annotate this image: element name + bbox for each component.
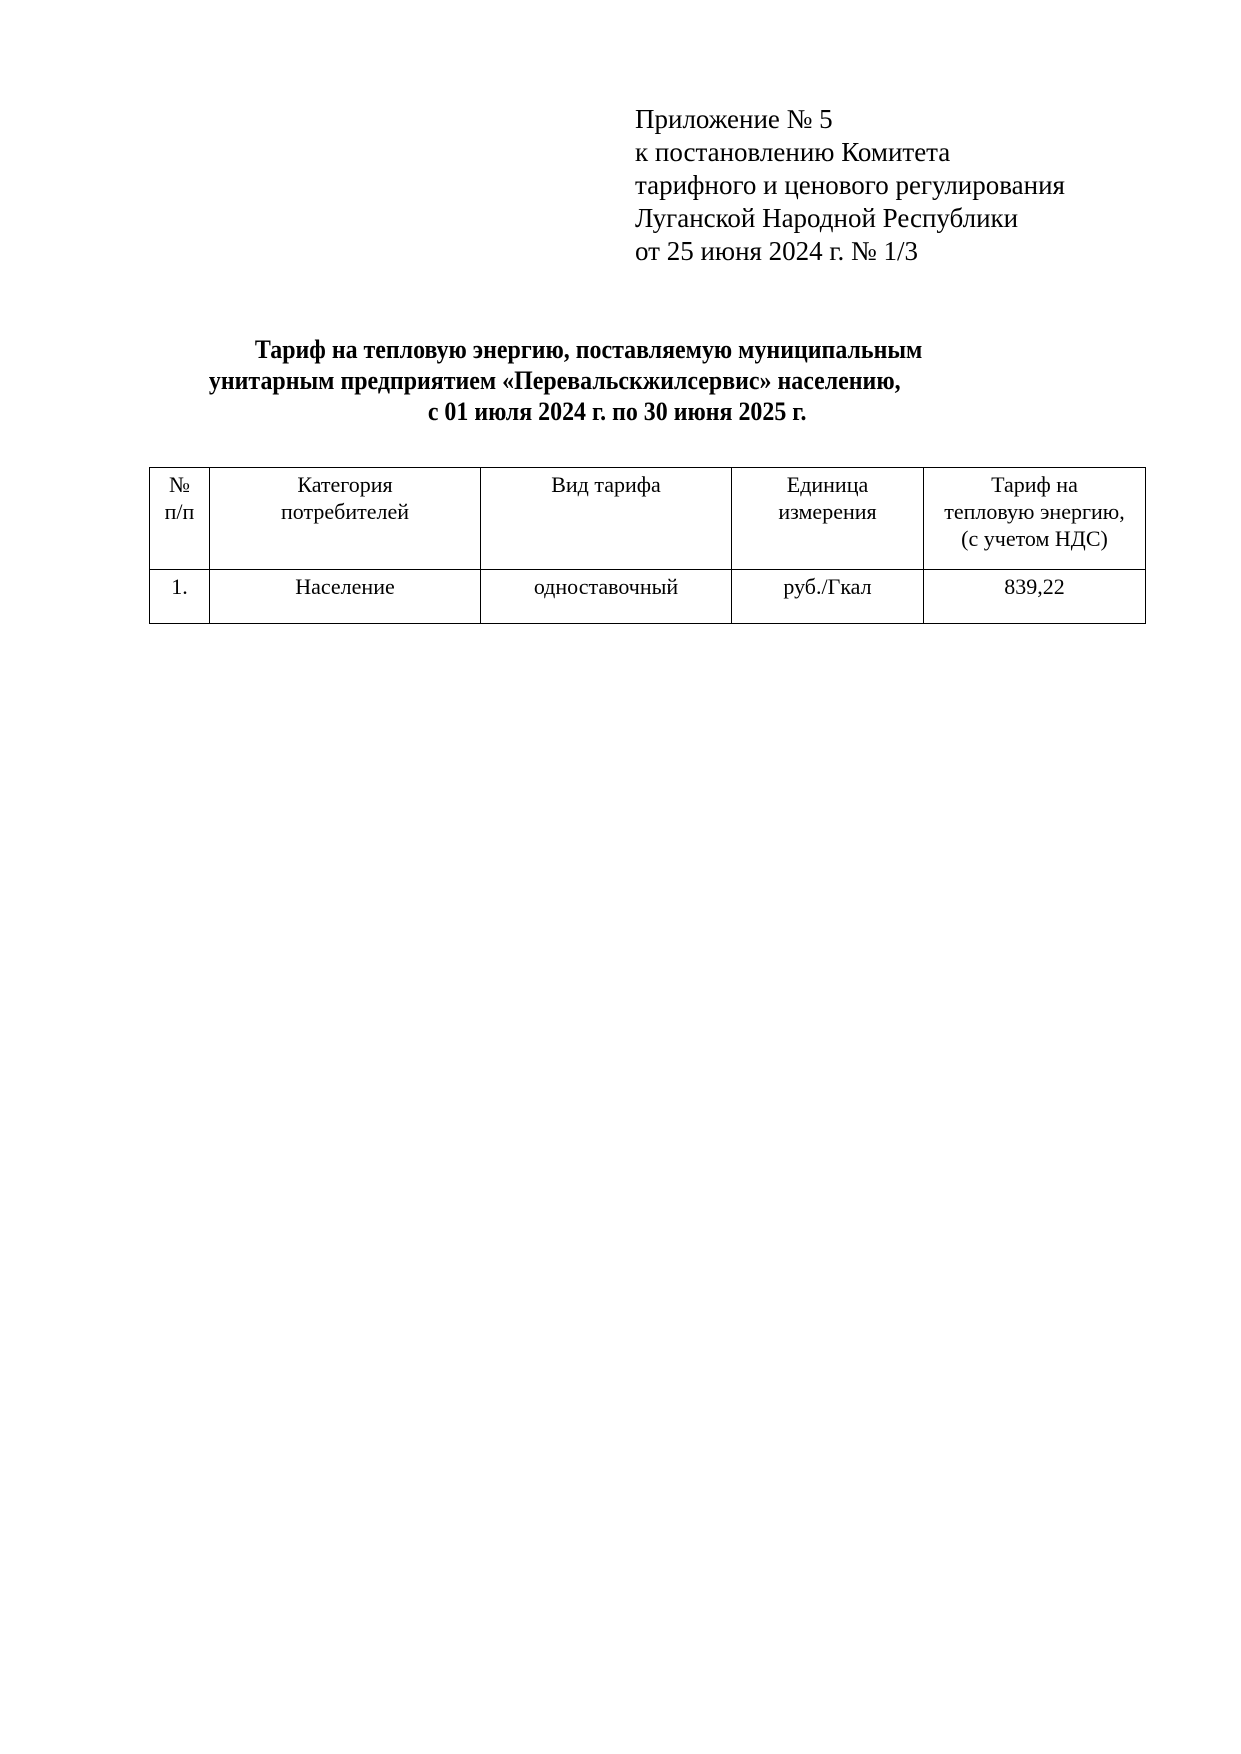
header-tariff-value: Тариф на тепловую энергию, (с учетом НДС…	[924, 468, 1146, 570]
header-number: № п/п	[150, 468, 210, 570]
header-unit: Единица измерения	[732, 468, 924, 570]
cell-tariff-type: одноставочный	[481, 570, 732, 624]
cell-unit: руб./Гкал	[732, 570, 924, 624]
appendix-line: Луганской Народной Республики	[635, 202, 1065, 235]
appendix-header: Приложение № 5 к постановлению Комитета …	[635, 103, 1065, 268]
appendix-line: Приложение № 5	[635, 103, 1065, 136]
title-line: Тариф на тепловую энергию, поставляемую …	[150, 334, 1061, 365]
table-row: 1. Население одноставочный руб./Гкал 839…	[150, 570, 1146, 624]
cell-category: Население	[210, 570, 481, 624]
document-title: Тариф на тепловую энергию, поставляемую …	[150, 334, 1061, 427]
appendix-line: к постановлению Комитета	[635, 136, 1065, 169]
header-tariff-type: Вид тарифа	[481, 468, 732, 570]
title-line: унитарным предприятием «Перевальскжилсер…	[150, 365, 1061, 396]
appendix-line: тарифного и ценового регулирования	[635, 169, 1065, 202]
tariff-table: № п/п Категория потребителей Вид тарифа …	[149, 467, 1146, 624]
header-category: Категория потребителей	[210, 468, 481, 570]
cell-number: 1.	[150, 570, 210, 624]
cell-tariff-value: 839,22	[924, 570, 1146, 624]
title-line: с 01 июля 2024 г. по 30 июня 2025 г.	[150, 396, 1061, 427]
appendix-line: от 25 июня 2024 г. № 1/3	[635, 235, 1065, 268]
table-header-row: № п/п Категория потребителей Вид тарифа …	[150, 468, 1146, 570]
